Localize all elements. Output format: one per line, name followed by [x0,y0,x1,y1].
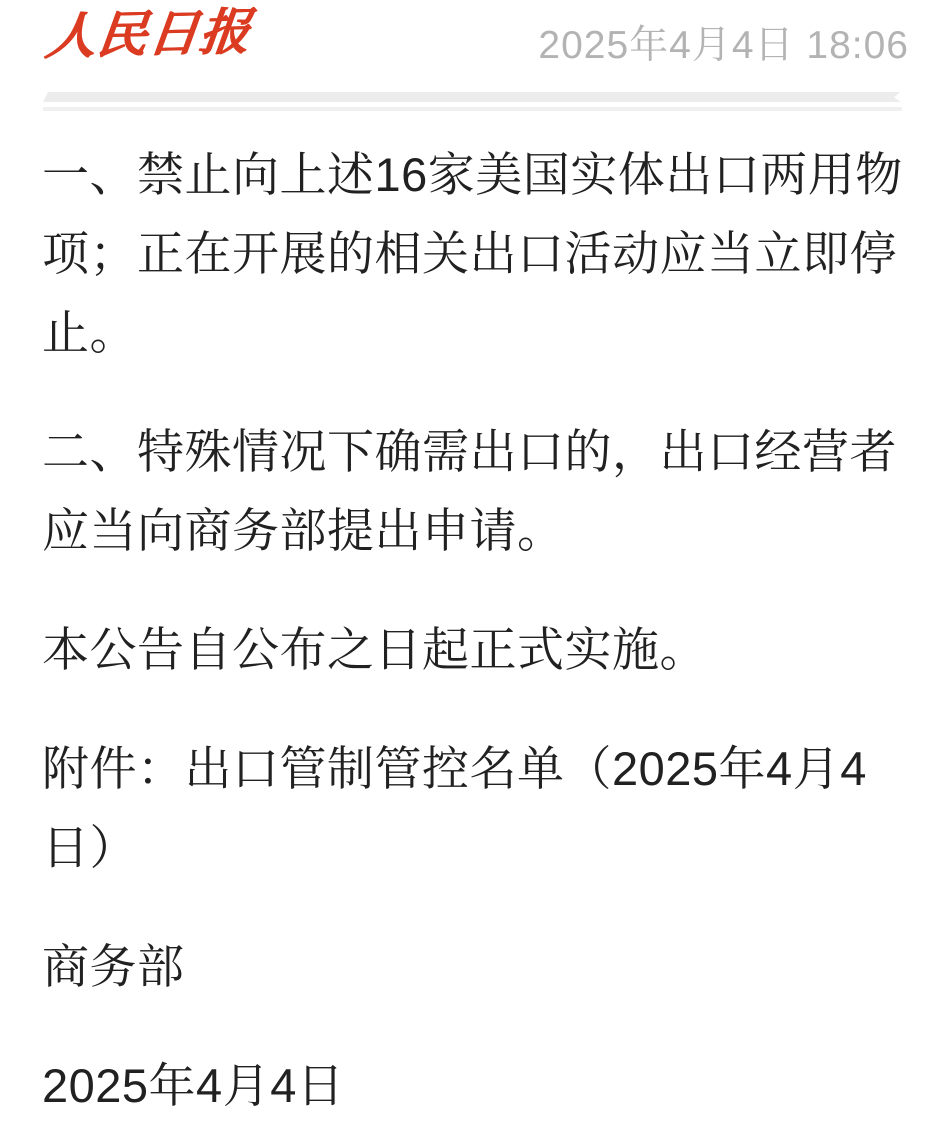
text-line: 2025年4月4日 [42,1046,903,1125]
text-line: 商务部 [42,927,903,1006]
peoples-daily-logo: 人民日报 [42,0,254,70]
paragraph-attachment: 附件：出口管制管控名单（2025年4月4 日） [42,729,903,887]
publish-timestamp: 2025年4月4日 18:06 [538,26,909,65]
text-line: 一、禁止向上述16家美国实体出口两用物 [42,135,903,214]
text-line: 止。 [42,293,903,372]
header: 人民日报 2025年4月4日 18:06 [0,0,945,90]
article-body: 一、禁止向上述16家美国实体出口两用物 项；正在开展的相关出口活动应当立即停 止… [0,135,945,1125]
article-page: 人民日报 2025年4月4日 18:06 一、禁止向上述16家美国实体出口两用物… [0,0,945,1132]
paragraph-item-2: 二、特殊情况下确需出口的，出口经营者 应当向商务部提出申请。 [42,412,903,570]
paragraph-implementation: 本公告自公布之日起正式实施。 [42,610,903,689]
text-line: 附件：出口管制管控名单（2025年4月4 [42,729,903,808]
header-divider [43,92,902,111]
divider-bar-thick [43,92,902,102]
paragraph-date: 2025年4月4日 [42,1046,903,1125]
paragraph-signature: 商务部 [42,927,903,1006]
text-line: 日） [42,808,903,887]
divider-bar-thin [43,107,902,111]
text-line: 项；正在开展的相关出口活动应当立即停 [42,214,903,293]
text-line: 应当向商务部提出申请。 [42,491,903,570]
text-line: 本公告自公布之日起正式实施。 [42,610,903,689]
text-line: 二、特殊情况下确需出口的，出口经营者 [42,412,903,491]
paragraph-item-1: 一、禁止向上述16家美国实体出口两用物 项；正在开展的相关出口活动应当立即停 止… [42,135,903,372]
